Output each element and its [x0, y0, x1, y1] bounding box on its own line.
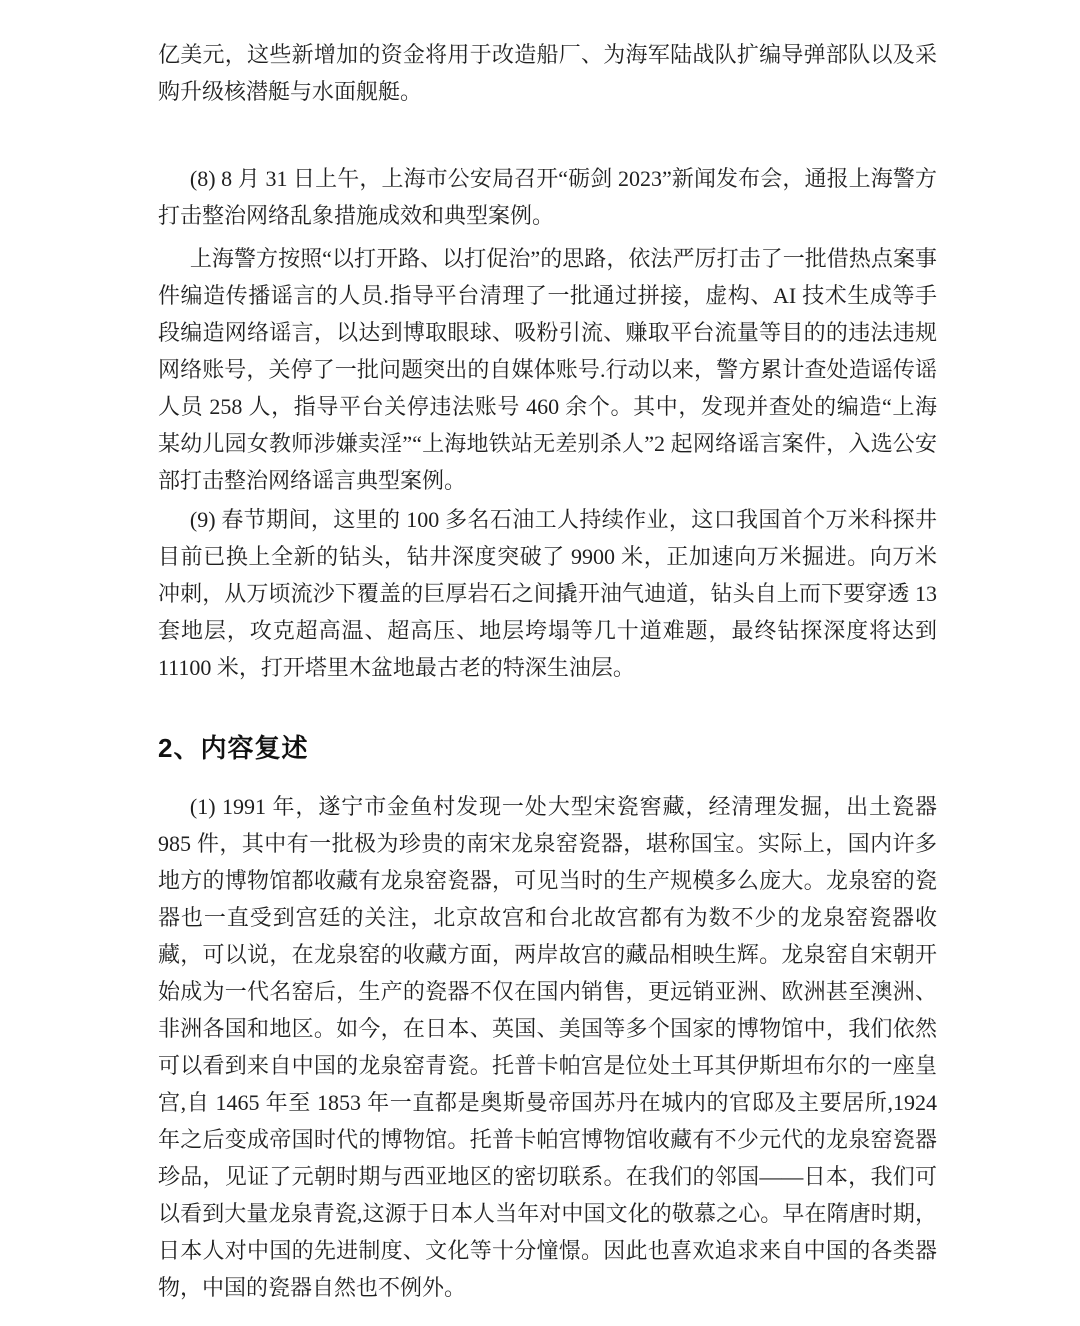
paragraph-police-campaign: 上海警方按照“以打开路、以打促治”的思路，依法严厉打击了一批借热点案事件编造传播… [158, 240, 937, 499]
paragraph-continuation: 亿美元，这些新增加的资金将用于改造船厂、为海军陆战队扩编导弹部队以及采购升级核潜… [158, 36, 937, 110]
section-heading: 2、内容复述 [158, 730, 937, 767]
paragraph-8: (8) 8 月 31 日上午，上海市公安局召开“砺剑 2023”新闻发布会，通报… [158, 160, 937, 234]
paragraph-9: (9) 春节期间，这里的 100 多名石油工人持续作业，这口我国首个万米科探井目… [158, 501, 937, 686]
document-page: 亿美元，这些新增加的资金将用于改造船厂、为海军陆战队扩编导弹部队以及采购升级核潜… [0, 0, 1080, 1326]
paragraph-1: (1) 1991 年，遂宁市金鱼村发现一处大型宋瓷窖藏，经清理发掘，出土瓷器 9… [158, 788, 937, 1306]
